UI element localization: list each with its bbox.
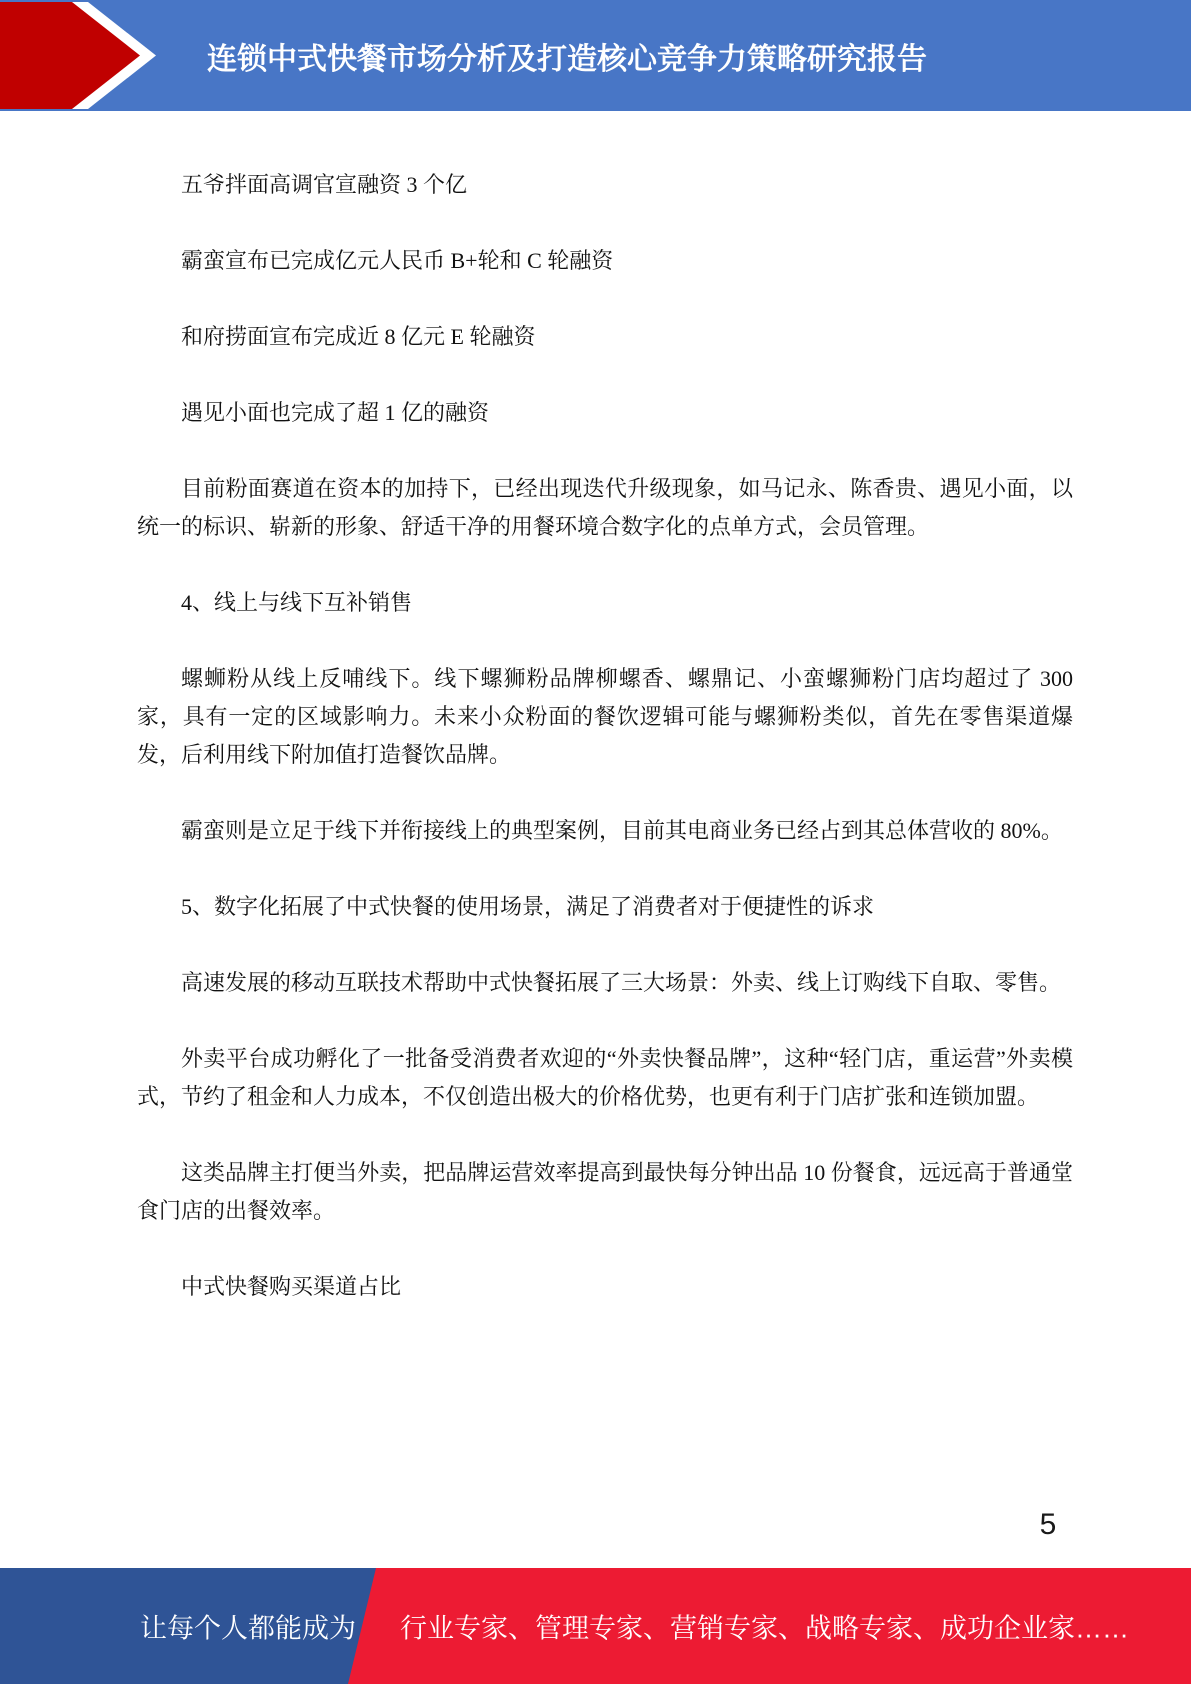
paragraph: 高速发展的移动互联技术帮助中式快餐拓展了三大场景：外卖、线上订购线下自取、零售。 <box>137 964 1073 1002</box>
paragraph: 5、数字化拓展了中式快餐的使用场景，满足了消费者对于便捷性的诉求 <box>137 888 1073 926</box>
report-title: 连锁中式快餐市场分析及打造核心竞争力策略研究报告 <box>0 34 1134 78</box>
footer-slogan-left: 让每个人都能成为 <box>140 1607 356 1646</box>
paragraph: 霸蛮宣布已完成亿元人民币 B+轮和 C 轮融资 <box>137 242 1073 280</box>
paragraph-list: 五爷拌面高调官宣融资 3 个亿霸蛮宣布已完成亿元人民币 B+轮和 C 轮融资和府… <box>137 166 1073 1306</box>
paragraph: 五爷拌面高调官宣融资 3 个亿 <box>137 166 1073 204</box>
footer-slogan-right: 行业专家、管理专家、营销专家、战略专家、成功企业家…… <box>400 1607 1129 1646</box>
paragraph: 外卖平台成功孵化了一批备受消费者欢迎的“外卖快餐品牌”，这种“轻门店，重运营”外… <box>137 1040 1073 1116</box>
paragraph: 螺蛳粉从线上反哺线下。线下螺狮粉品牌柳螺香、螺鼎记、小蛮螺狮粉门店均超过了 30… <box>137 660 1073 774</box>
document-page: 连锁中式快餐市场分析及打造核心竞争力策略研究报告 五爷拌面高调官宣融资 3 个亿… <box>0 0 1191 1684</box>
page-number: 5 <box>1028 1508 1068 1542</box>
page-header: 连锁中式快餐市场分析及打造核心竞争力策略研究报告 <box>0 0 1191 111</box>
paragraph: 和府捞面宣布完成近 8 亿元 E 轮融资 <box>137 318 1073 356</box>
paragraph: 中式快餐购买渠道占比 <box>137 1268 1073 1306</box>
paragraph: 霸蛮则是立足于线下并衔接线上的典型案例，目前其电商业务已经占到其总体营收的 80… <box>137 812 1073 850</box>
document-body: 五爷拌面高调官宣融资 3 个亿霸蛮宣布已完成亿元人民币 B+轮和 C 轮融资和府… <box>137 166 1073 1344</box>
paragraph: 这类品牌主打便当外卖，把品牌运营效率提高到最快每分钟出品 10 份餐食，远远高于… <box>137 1154 1073 1230</box>
paragraph: 4、线上与线下互补销售 <box>137 584 1073 622</box>
paragraph: 遇见小面也完成了超 1 亿的融资 <box>137 394 1073 432</box>
page-footer: 让每个人都能成为 行业专家、管理专家、营销专家、战略专家、成功企业家…… <box>0 1568 1191 1684</box>
paragraph: 目前粉面赛道在资本的加持下，已经出现迭代升级现象，如马记永、陈香贵、遇见小面，以… <box>137 470 1073 546</box>
